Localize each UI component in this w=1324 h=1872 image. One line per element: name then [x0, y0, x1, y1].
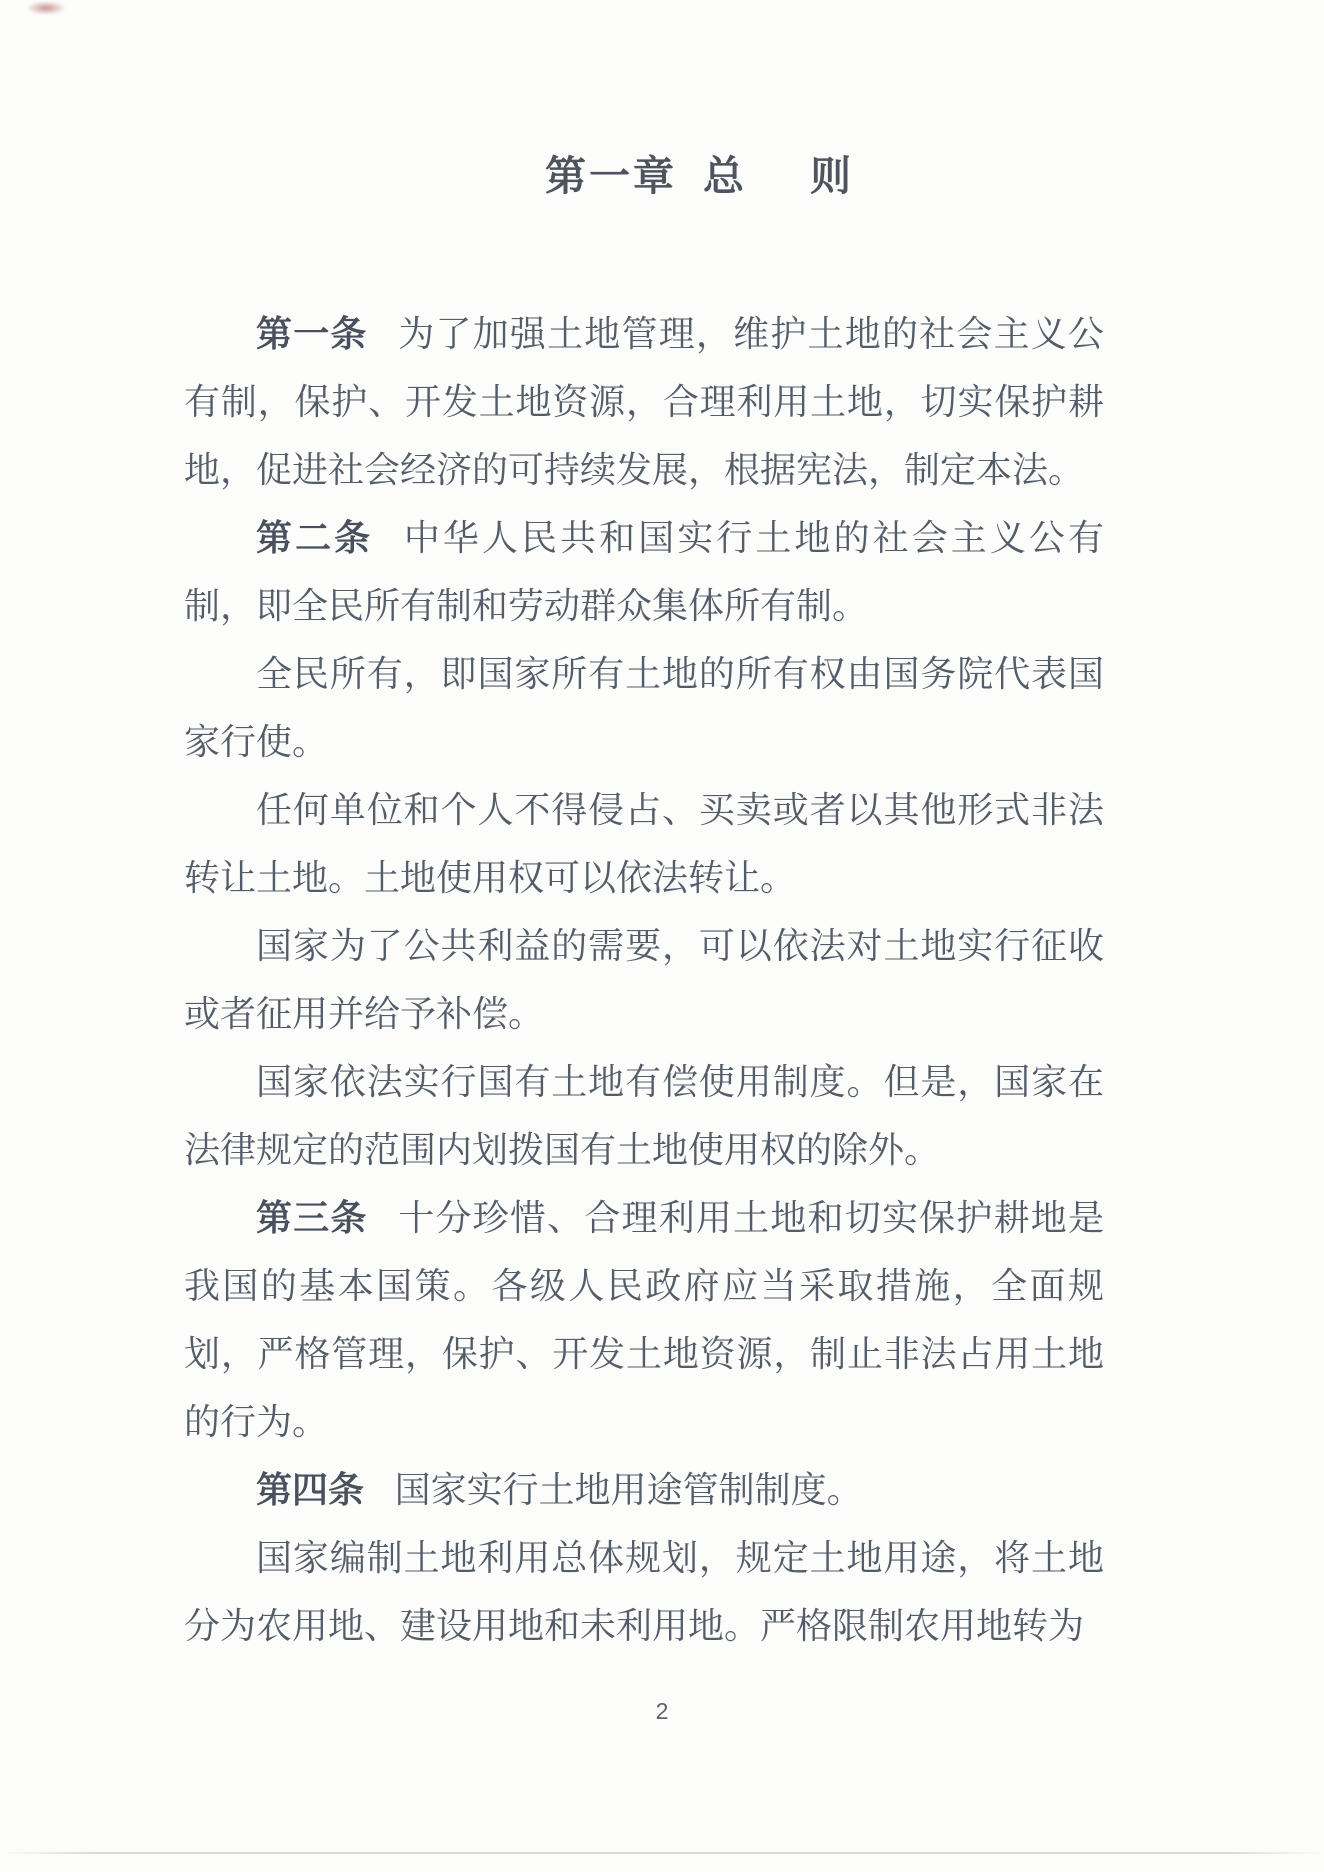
paragraph-text: 任何单位和个人不得侵占、买卖或者以其他形式非法转让土地。土地使用权可以依法转让。	[184, 790, 1104, 898]
chapter-title-char-1: 总	[703, 153, 744, 199]
article-paragraph: 第三条十分珍惜、合理利用土地和切实保护耕地是我国的基本国策。各级人民政府应当采取…	[184, 1184, 1104, 1456]
article-paragraph: 国家依法实行国有土地有偿使用制度。但是，国家在法律规定的范围内划拨国有土地使用权…	[184, 1048, 1104, 1184]
article-paragraph: 第四条国家实行土地用途管制制度。	[184, 1456, 1104, 1524]
paragraph-text: 国家实行土地用途管制制度。	[395, 1470, 863, 1510]
article-paragraph: 任何单位和个人不得侵占、买卖或者以其他形式非法转让土地。土地使用权可以依法转让。	[184, 776, 1104, 912]
article-paragraph: 国家为了公共利益的需要，可以依法对土地实行征收或者征用并给予补偿。	[184, 912, 1104, 1048]
chapter-title-char-2: 则	[810, 153, 851, 199]
scanned-document-page: 第一章总则 第一条为了加强土地管理，维护土地的社会主义公有制，保护、开发土地资源…	[0, 0, 1324, 1872]
article-number: 第一条	[256, 314, 368, 354]
article-paragraph: 第二条中华人民共和国实行土地的社会主义公有制，即全民所有制和劳动群众集体所有制。	[184, 504, 1104, 640]
scan-edge-shadow	[0, 1852, 1324, 1854]
page-number: 2	[0, 1698, 1324, 1725]
article-number: 第三条	[256, 1198, 368, 1238]
paragraph-text: 国家编制土地利用总体规划，规定土地用途，将土地分为农用地、建设用地和未利用地。严…	[184, 1538, 1104, 1646]
paragraph-text: 国家为了公共利益的需要，可以依法对土地实行征收或者征用并给予补偿。	[184, 926, 1104, 1034]
article-paragraph: 第一条为了加强土地管理，维护土地的社会主义公有制，保护、开发土地资源，合理利用土…	[184, 300, 1104, 504]
article-paragraph: 全民所有，即国家所有土地的所有权由国务院代表国家行使。	[184, 640, 1104, 776]
chapter-label: 第一章	[545, 153, 677, 199]
article-number: 第二条	[256, 518, 373, 558]
article-number: 第四条	[256, 1470, 364, 1510]
article-paragraph: 国家编制土地利用总体规划，规定土地用途，将土地分为农用地、建设用地和未利用地。严…	[184, 1524, 1104, 1660]
paragraph-text: 全民所有，即国家所有土地的所有权由国务院代表国家行使。	[184, 654, 1104, 762]
paragraph-text: 国家依法实行国有土地有偿使用制度。但是，国家在法律规定的范围内划拨国有土地使用权…	[184, 1062, 1104, 1170]
document-body: 第一条为了加强土地管理，维护土地的社会主义公有制，保护、开发土地资源，合理利用土…	[184, 300, 1104, 1660]
chapter-title: 第一章总则	[36, 0, 1324, 200]
